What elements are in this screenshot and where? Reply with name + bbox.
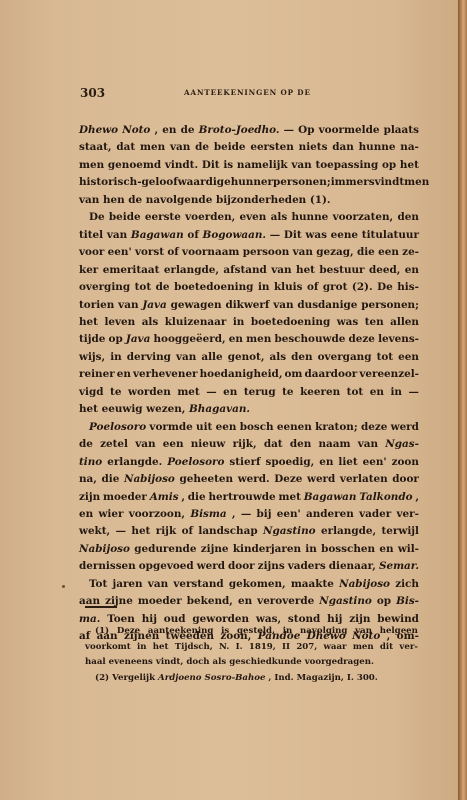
body-line: reinerenverhevenerhoedanigheid,omdaardoo… <box>79 366 419 383</box>
body-line: Poelosorovormdeuiteenboscheenenkraton;de… <box>79 419 419 436</box>
body-line: dezetelvaneennieuwrijk,datdennaamvanNgas… <box>79 436 419 453</box>
body-line: historisch-geloofwaardigehunnerpersonen;… <box>79 174 419 191</box>
body-line: Nabijosogedurendezijnekinderjareninbossc… <box>79 541 419 558</box>
body-line: van hen de navolgende bijzonderheden (1)… <box>79 192 419 209</box>
footnotes: (1)Dezeaanteekeningisgesteld,innavolging… <box>85 624 418 686</box>
body-line: overgingtotdeboetedoeninginkluisofgrot(2… <box>79 279 419 296</box>
body-line: keremeritaaterlangde,afstandvanhetbestuu… <box>79 262 419 279</box>
footnote-line: (1)Dezeaanteekeningisgesteld,innavolging… <box>85 624 418 640</box>
footnote-line: voorkomtinhetTijdsch,N.I.1819,II207,waar… <box>85 640 418 656</box>
footnote-line: (2) Vergelijk Ardjoeno Sosro-Bahoe , Ind… <box>85 671 418 687</box>
body-line: vigdtewordenmet—enterugtekeerentotenin— <box>79 384 419 401</box>
page-number: 303 <box>80 86 105 100</box>
body-line: Totjarenvanverstandgekomen,maakteNabijos… <box>79 576 419 593</box>
body-line: hetlevenalskluizenaarinboetedoeningwaste… <box>79 314 419 331</box>
body-line: tijdeopJavahooggeëerd,enmenbeschouwdedez… <box>79 331 419 348</box>
body-line: DhewoNoto,endeBroto-Joedho.—Opvoormeldep… <box>79 122 419 139</box>
body-line: vooreen'vorstofvoornaampersoonvangezag,d… <box>79 244 419 261</box>
body-line: titelvanBagawanofBogowaan.—Ditwaseenetit… <box>79 227 419 244</box>
body-line: aanzijnemoederbekend,enveroverdeNgastino… <box>79 593 419 610</box>
page-header: 303 AANTEEKENINGEN OP DE <box>80 86 420 102</box>
running-head: AANTEEKENINGEN OP DE <box>184 88 311 97</box>
footnote-rule <box>85 606 117 608</box>
body-line: enwiervoorzoon,Bisma,—bijeen'anderenvade… <box>79 506 419 523</box>
body-line: staat,datmenvandebeideeerstennietsdanhun… <box>79 139 419 156</box>
body-text: DhewoNoto,endeBroto-Joedho.—Opvoormeldep… <box>79 122 419 646</box>
body-line: dernissenopgevoedwerddoorzijnsvadersdien… <box>79 558 419 575</box>
footnote-line: haal eveneens vindt, doch als geschiedku… <box>85 655 418 671</box>
body-line: torienvanJavagewagendikwerfvandusdanigep… <box>79 297 419 314</box>
body-line: wijs,indervingvanallegenot,alsdenovergan… <box>79 349 419 366</box>
body-line: zijnmoederAmis,diehertrouwdemetBagawanTa… <box>79 489 419 506</box>
body-line: het eeuwig wezen, Bhagavan. <box>79 401 419 418</box>
body-line: Debeideeerstevoerden,evenalshunnevoorzat… <box>79 209 419 226</box>
body-line: tinoerlangde.Poelosorostierfspoedig,enli… <box>79 454 419 471</box>
body-line: na,dieNabijosogeheetenwerd.Dezewerdverla… <box>79 471 419 488</box>
body-line: wekt,—hetrijkoflandschapNgastinoerlangde… <box>79 523 419 540</box>
book-page: 303 AANTEEKENINGEN OP DE DhewoNoto,endeB… <box>0 0 460 800</box>
page-edge <box>458 0 467 800</box>
body-line: mengenoemdvindt.Ditisnamelijkvantoepassi… <box>79 157 419 174</box>
paper-speck <box>62 585 65 588</box>
